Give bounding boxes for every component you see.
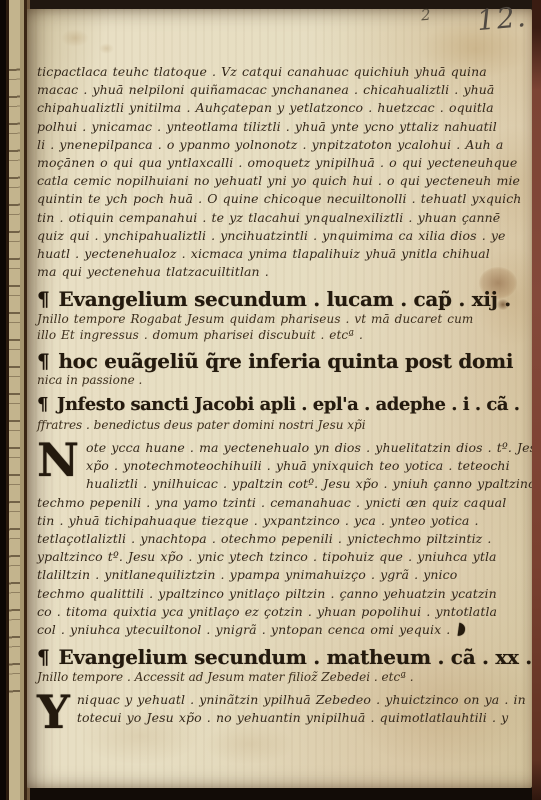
text-line: polhui . ynicamac . ynteotlama tiliztli … [37, 118, 517, 136]
manuscript-page: ticpactlaca teuhc tlatoque . Vz catqui c… [27, 9, 532, 788]
nahuatl-paragraph-n: N ote ycca huane . ma yectenehualo yn di… [37, 439, 517, 639]
text-line: niquac y yehuatl . yninãtzin ypilhuā Zeb… [37, 691, 517, 709]
text-line: totecui yo Jesu xp̃o . no yehuantin ynip… [37, 709, 517, 727]
dropcap-lines: ote ycca huane . ma yectenehualo yn dios… [37, 439, 517, 475]
nahuatl-paragraph-y: Y niquac y yehuatl . yninãtzin ypilhuā Z… [37, 691, 517, 730]
drop-cap-n: N [37, 442, 79, 478]
text-line: huatl . yectenehualoz . xicmaca ynima tl… [37, 245, 517, 263]
text-line: illo Et ingressus . domum pharisei discu… [37, 328, 517, 344]
pilcrow-icon: ¶ [37, 287, 49, 311]
text-line: ma qui yectenehua tlatzacuiltitlan . [37, 263, 517, 281]
folio-number: 12. [476, 0, 529, 37]
paragraph-lines: hualiztli . ynilhuicac . ypaltzin cotº. … [37, 475, 517, 639]
text-line: tin . otiquin cempanahui . te yz tlacahu… [37, 209, 517, 227]
text-line: moçānen o qui qua yntlaxcalli . omoquetz… [37, 154, 517, 172]
text-line: macac . yhuā nelpiloni quiñamacac ynchan… [37, 81, 517, 99]
text-line: tetlaçotlaliztli . ynachtopa . otechmo p… [37, 530, 517, 548]
text-line: chipahualiztli ynitilma . Auhçatepan y y… [37, 99, 517, 117]
dropcap-lines: niquac y yehuatl . yninãtzin ypilhuā Zeb… [37, 691, 517, 727]
latin-incipit-matheum: Jnillo tempore . Accessit ad Jesum mater… [37, 670, 517, 686]
heading-feria-quinta: ¶hoc euãgeliũ q̃re inferia quinta post d… [37, 348, 517, 374]
quire-mark: 2 [420, 6, 431, 25]
heading-text: Evangelium secundum . lucam . cap̃ . xij… [58, 287, 510, 311]
text-line: tlaliltzin . ynitlanequiliztzin . ypampa… [37, 566, 517, 584]
drop-cap-y: Y [37, 694, 70, 730]
heading-evangelium-lucam: ¶Evangelium secundum . lucam . cap̃ . xi… [37, 286, 517, 312]
text-line: hualiztli . ynilhuicac . ypaltzin cotº. … [37, 475, 517, 493]
text-line: col . yniuhca ytecuiltonol . ynigrã . yn… [37, 621, 517, 639]
nahuatl-body-paragraph: ticpactlaca teuhc tlatoque . Vz catqui c… [37, 63, 517, 281]
heading-text: hoc euãgeliũ q̃re inferia quinta post do… [58, 349, 513, 373]
text-line: quiz qui . ynchipahualiztli . yncihuatzi… [37, 227, 517, 245]
heading-text: Evangelium secundum . matheum . cã . xx … [58, 645, 531, 669]
pilcrow-icon: ¶ [37, 349, 49, 373]
stain [61, 29, 89, 47]
stain [99, 43, 114, 54]
heading-text: Jnfesto sancti Jacobi apli . epl'a . ade… [57, 394, 520, 415]
pilcrow-icon: ¶ [37, 645, 49, 669]
heading-runover: nica in passione . [37, 373, 517, 387]
text-line: techmo qualittili . ypaltzinco ynitlaço … [37, 585, 517, 603]
text-line: co . titoma quixtia yca ynitlaço ez çotz… [37, 603, 517, 621]
previous-pages-edge [0, 0, 30, 800]
text-line: techmo pepenili . yna yamo tzinti . cema… [37, 494, 517, 512]
text-line: Jnillo tempore Rogabat Jesum quidam phar… [37, 312, 517, 328]
text-line: ypaltzinco tº. Jesu xp̃o . ynic ytech tz… [37, 548, 517, 566]
text-line: catla cemic nopilhuiani no yehuatl yni y… [37, 172, 517, 190]
text-line: ticpactlaca teuhc tlatoque . Vz catqui c… [37, 63, 517, 81]
text-line: tin . yhuā tichipahuaque tiezque . yxpan… [37, 512, 517, 530]
text-block: ticpactlaca teuhc tlatoque . Vz catqui c… [37, 63, 517, 730]
text-line: li . ynenepilpanca . o ypanmo yolnonotz … [37, 136, 517, 154]
text-line: quintin te ych poch huā . O quine chicoq… [37, 190, 517, 208]
book-fore-edge [532, 0, 541, 800]
text-line: xp̃o . ynotechmoteochihuili . yhuā ynixq… [37, 457, 517, 475]
latin-incipit-jacobi: ffratres . benedictus deus pater domini … [37, 418, 517, 434]
heading-evangelium-matheum: ¶Evangelium secundum . matheum . cã . xx… [37, 644, 517, 670]
pilcrow-icon: ¶ [37, 394, 48, 415]
heading-sancti-jacobi: ¶Jnfesto sancti Jacobi apli . epl'a . ad… [37, 392, 517, 418]
text-line: ote ycca huane . ma yectenehualo yn dios… [37, 439, 517, 457]
latin-incipit-lucam: Jnillo tempore Rogabat Jesum quidam phar… [37, 312, 517, 343]
